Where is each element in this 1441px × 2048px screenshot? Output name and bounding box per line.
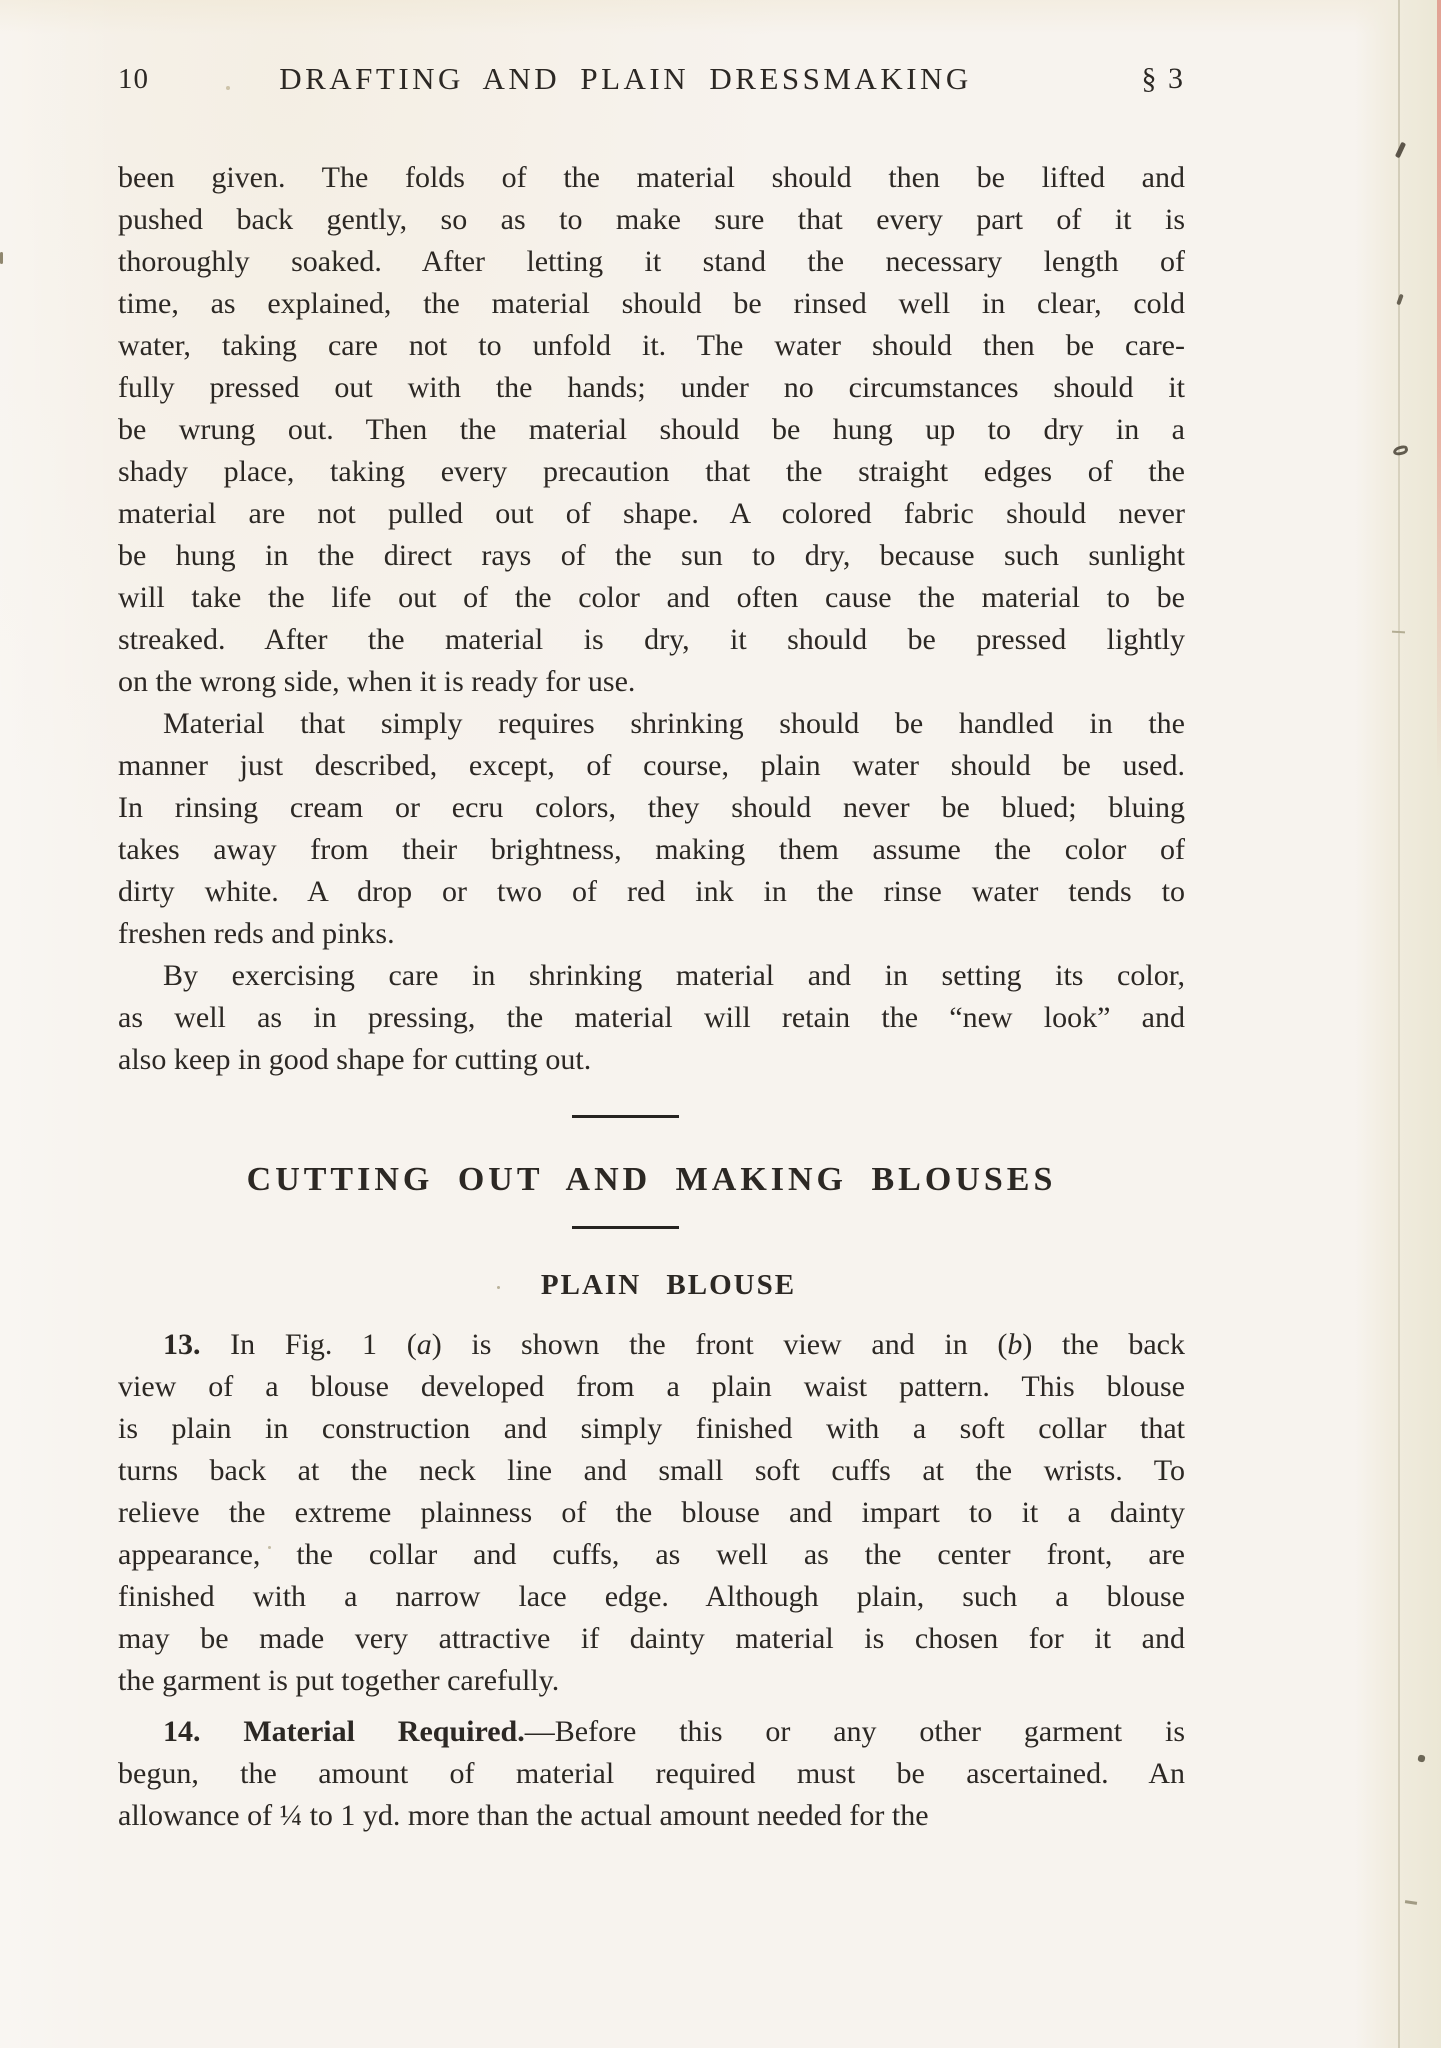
text-line: will take the life out of the color and … [118, 577, 1185, 619]
text-line: been given. The folds of the material sh… [118, 157, 1185, 199]
page-edge-pink-sliver [1437, 0, 1441, 780]
text-line: allowance of ¼ to 1 yd. more than the ac… [118, 1795, 1185, 1837]
text-line: material are not pulled out of shape. A … [118, 493, 1185, 535]
text-line: relieve the extreme plainness of the blo… [118, 1492, 1185, 1534]
text-line: fully pressed out with the hands; under … [118, 367, 1185, 409]
text-line: may be made very attractive if dainty ma… [118, 1618, 1185, 1660]
paragraph-p1: been given. The folds of the material sh… [118, 157, 1185, 703]
text-line: 14. Material Required.—Before this or an… [118, 1711, 1185, 1753]
scanned-book-page: { "colors": { "page_background": "#f7f3e… [0, 0, 1441, 2048]
text-line: In rinsing cream or ecru colors, they sh… [118, 787, 1185, 829]
text-line: be wrung out. Then the material should b… [118, 409, 1185, 451]
text-line: 13. In Fig. 1 (a) is shown the front vie… [118, 1324, 1185, 1366]
divider-rule [572, 1226, 679, 1229]
text-line: finished with a narrow lace edge. Althou… [118, 1576, 1185, 1618]
paragraph-p14: 14. Material Required.—Before this or an… [118, 1711, 1185, 1837]
text-line: manner just described, except, of course… [118, 745, 1185, 787]
text-line: freshen reds and pinks. [118, 913, 1185, 955]
text-line: By exercising care in shrinking material… [118, 955, 1185, 997]
text-line: streaked. After the material is dry, it … [118, 619, 1185, 661]
paragraph-p3: By exercising care in shrinking material… [118, 955, 1185, 1081]
text-line: as well as in pressing, the material wil… [118, 997, 1185, 1039]
text-line: takes away from their brightness, making… [118, 829, 1185, 871]
text-line: begun, the amount of material required m… [118, 1753, 1185, 1795]
page-body-blocks: been given. The folds of the material sh… [118, 157, 1185, 1837]
text-line: thoroughly soaked. After letting it stan… [118, 241, 1185, 283]
divider-rule [572, 1115, 679, 1118]
text-line: the garment is put together carefully. [118, 1660, 1185, 1702]
text-line: shady place, taking every precaution tha… [118, 451, 1185, 493]
page-fold-line [1398, 0, 1400, 2048]
paragraph-p2: Material that simply requires shrinking … [118, 703, 1185, 955]
section-heading: CUTTING OUT AND MAKING BLOUSES [118, 1158, 1185, 1202]
paper-speck [0, 252, 3, 264]
text-line: turns back at the neck line and small so… [118, 1450, 1185, 1492]
section-mark: § 3 [1095, 58, 1185, 100]
running-title: DRAFTING AND PLAIN DRESSMAKING [182, 58, 1069, 100]
sub-heading: PLAIN BLOUSE [135, 1265, 1202, 1305]
paragraph-p13: 13. In Fig. 1 (a) is shown the front vie… [118, 1324, 1185, 1702]
text-line: appearance, the collar and cuffs, as wel… [118, 1534, 1185, 1576]
text-line: Material that simply requires shrinking … [118, 703, 1185, 745]
text-line: view of a blouse developed from a plain … [118, 1366, 1185, 1408]
text-line: be hung in the direct rays of the sun to… [118, 535, 1185, 577]
text-line: is plain in construction and simply fini… [118, 1408, 1185, 1450]
text-line: on the wrong side, when it is ready for … [118, 661, 1185, 703]
text-line: water, taking care not to unfold it. The… [118, 325, 1185, 367]
text-line: pushed back gently, so as to make sure t… [118, 199, 1185, 241]
text-line: also keep in good shape for cutting out. [118, 1039, 1185, 1081]
text-line: dirty white. A drop or two of red ink in… [118, 871, 1185, 913]
running-header: 10 DRAFTING AND PLAIN DRESSMAKING § 3 [118, 58, 1185, 100]
text-line: time, as explained, the material should … [118, 283, 1185, 325]
